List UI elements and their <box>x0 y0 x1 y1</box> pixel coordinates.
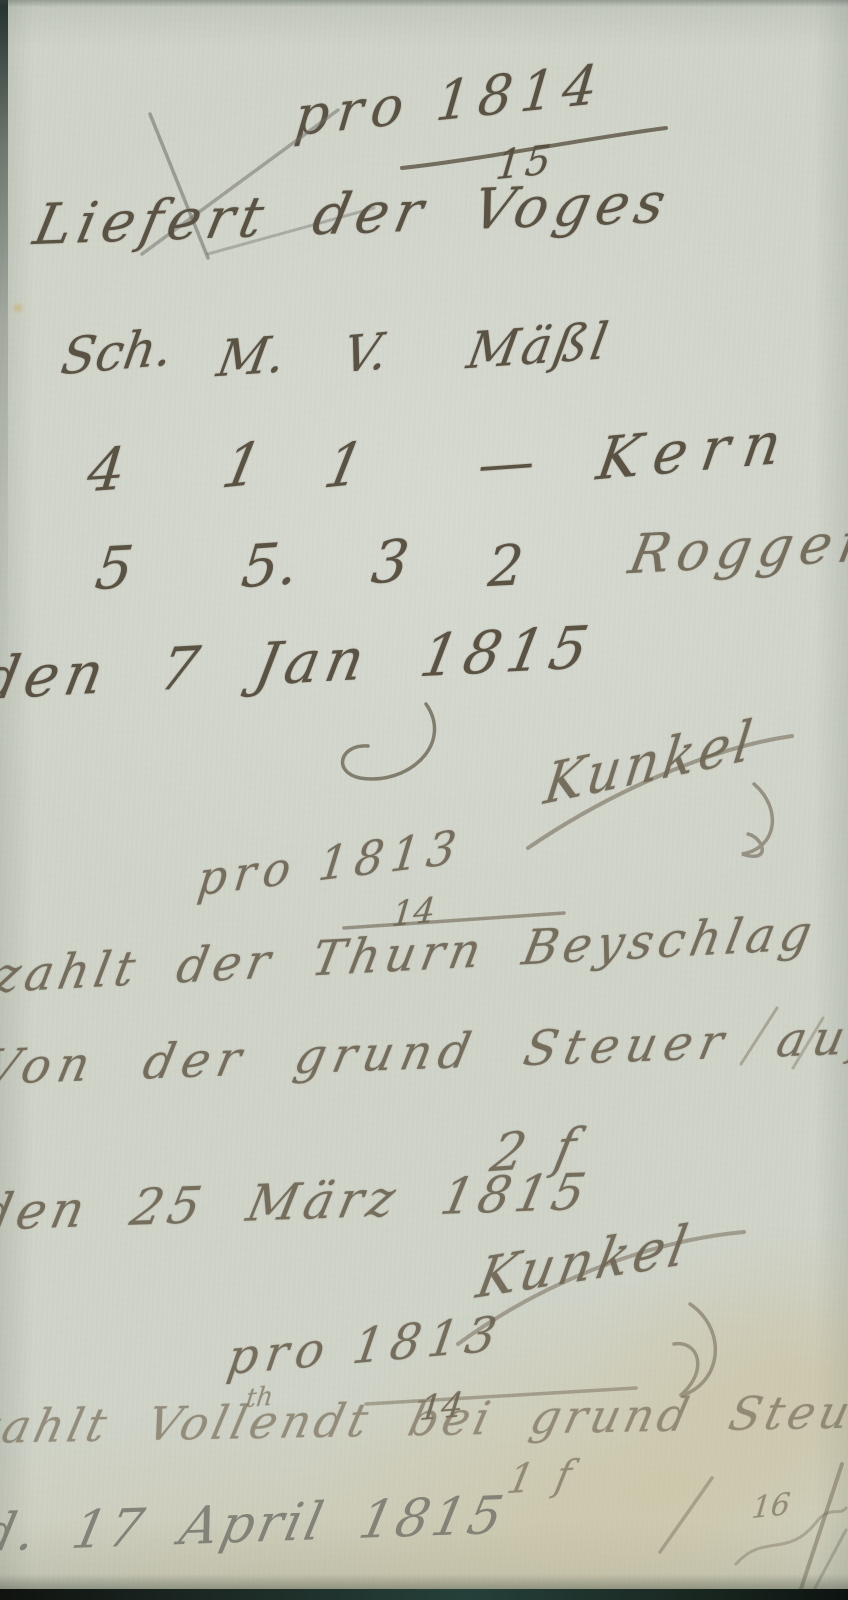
page-edge-bottom-shadow <box>0 1574 848 1590</box>
unit-header: M. <box>214 329 290 384</box>
date-line-jan-1815: den 7 Jan 1815 <box>0 618 599 709</box>
date-line-april-1815: d. 17 April 1815 <box>0 1490 510 1561</box>
grain-cell: 1 <box>218 433 267 497</box>
page-edge-bottom <box>0 1589 848 1600</box>
grain-cell: 1 <box>320 433 369 497</box>
grain-cell: 4 <box>85 439 128 500</box>
unit-header: Sch. <box>58 322 176 383</box>
payment-line-3: zahlt Vollendt bei grund Steuer <box>0 1388 848 1451</box>
grain-cell: 2 <box>487 538 526 596</box>
grain-cell: — <box>476 434 536 494</box>
grain-cell: 3 <box>369 531 412 592</box>
margin-tick-marks <box>735 1002 830 1074</box>
grain-item-label: Roggen <box>625 515 848 583</box>
date-paraph-flourish <box>330 700 460 795</box>
manuscript-page: pro 1814 15 Liefert der Voges Sch. M. V.… <box>0 0 848 1600</box>
binding-edge-left <box>0 0 8 680</box>
grain-item-label: Kern <box>593 412 799 488</box>
signature-1-flourish <box>520 722 800 872</box>
grain-cell: 5. <box>239 534 300 596</box>
page-edge-top <box>0 0 848 7</box>
grain-cell: 5 <box>92 538 136 598</box>
superscript-note: th <box>244 1383 274 1412</box>
amount-1f: 1 f <box>504 1455 575 1500</box>
unit-header: Mäßl <box>464 316 615 377</box>
unit-header: V. <box>340 326 391 381</box>
payment-line-2: Von der grund Steuer auf <box>0 1013 848 1093</box>
